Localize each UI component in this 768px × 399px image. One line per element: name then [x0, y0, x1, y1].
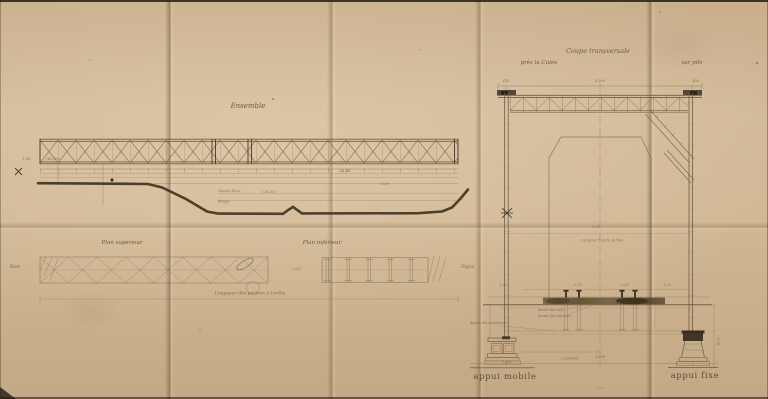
- near-abutment-label: près la Culée: [521, 59, 559, 66]
- dike-hatch: [428, 256, 446, 282]
- dim-deck-a: 1,50: [499, 283, 508, 287]
- right-bearing-pedestal: [682, 341, 705, 358]
- plan-upper-label: Plan supérieur: [101, 239, 143, 246]
- dim-center-height: 5,00: [592, 225, 601, 229]
- dim-overall-width: Largeur totale 4,500: [580, 238, 623, 243]
- dim-deck-c: 0,90: [621, 283, 630, 287]
- on-pier-label: sur pile: [681, 60, 703, 66]
- ink-speck: [111, 179, 114, 182]
- dim-left-a: 1,00: [22, 156, 31, 161]
- dim-top-left: 450: [502, 79, 510, 83]
- left-bank-label: Rive: [9, 264, 20, 270]
- right-bearing-base-1: [679, 358, 707, 362]
- right-bearing-cap: [683, 331, 703, 342]
- drawing-canvas: Ensemble 1,00 (40,00) 44,46 4,80 (24,35)…: [0, 0, 768, 399]
- left-bearing-pin: [502, 336, 510, 339]
- elevation-view: Ensemble 1,00 (40,00) 44,46 4,80 (24,35)…: [15, 102, 468, 214]
- reference-cross-mark: [15, 168, 22, 175]
- dim-truss-length: 44,46: [339, 168, 351, 173]
- plans-caption: Longueur des poutres à treillis: [214, 290, 286, 297]
- left-bearing-rollers: [492, 344, 515, 354]
- knee-braces: [646, 110, 695, 183]
- stringer-webs: [565, 305, 637, 330]
- dim-side-height: 0,90: [716, 338, 720, 345]
- low-water-label: Étiage: [217, 199, 229, 204]
- crossbeams-annotation: dessus des entretoises: [470, 321, 507, 325]
- right-bank-label: Digue: [460, 264, 475, 270]
- bottom-dim-short: [520, 350, 598, 355]
- left-bearing-base-1: [488, 354, 518, 358]
- rails: [563, 290, 637, 298]
- left-post: [505, 93, 509, 338]
- crossbeams-leader: [497, 326, 556, 332]
- section-view: Coupe transversale près la Culée sur pil…: [470, 47, 720, 388]
- left-bearing-roller-inner: [494, 346, 513, 352]
- section-top-dim: [498, 83, 702, 90]
- support-right-label: appui fixe: [671, 371, 720, 381]
- plan-lower-label: Plan inférieur: [302, 239, 342, 246]
- dim-top-right: 450: [692, 79, 700, 83]
- plan-gap-dim: 0,40: [293, 267, 302, 271]
- right-post: [689, 93, 693, 331]
- dim-water-note: (24,35): [262, 189, 276, 194]
- dim-deck-d: 1,50: [663, 283, 672, 287]
- deck-band-shade-1: [546, 298, 570, 304]
- portal-corner-right-dark: [690, 91, 697, 95]
- right-bearing-courses: [683, 344, 703, 350]
- deck-band-shade-2: [616, 298, 648, 304]
- section-title: Coupe transversale: [566, 47, 630, 55]
- dim-bottom-offset: (258,000): [561, 357, 579, 361]
- dim-deck-b: 0,90: [574, 283, 583, 287]
- dim-bottom-width: 5,600: [595, 355, 606, 359]
- truss-lattice: [40, 140, 458, 163]
- dim-top-center: 4,500: [594, 79, 606, 83]
- ground-profile: [38, 183, 468, 214]
- support-left-label: appui mobile: [473, 372, 536, 382]
- right-dim-column: [712, 305, 716, 367]
- dim-left-b: (40,00): [46, 156, 60, 161]
- rails-annotation: dessus des rails: [538, 308, 564, 312]
- elevation-title: Ensemble: [230, 102, 266, 110]
- dim-bearing-left: 1,600: [502, 361, 511, 365]
- dim-ground-note: 4,80: [380, 181, 390, 186]
- sleepers-annotation: dessus des traverses: [538, 314, 572, 318]
- high-water-label: Hautes Eaux: [217, 189, 241, 193]
- plans-view: Plan supérieur Plan inférieur Rive Digue…: [9, 239, 475, 302]
